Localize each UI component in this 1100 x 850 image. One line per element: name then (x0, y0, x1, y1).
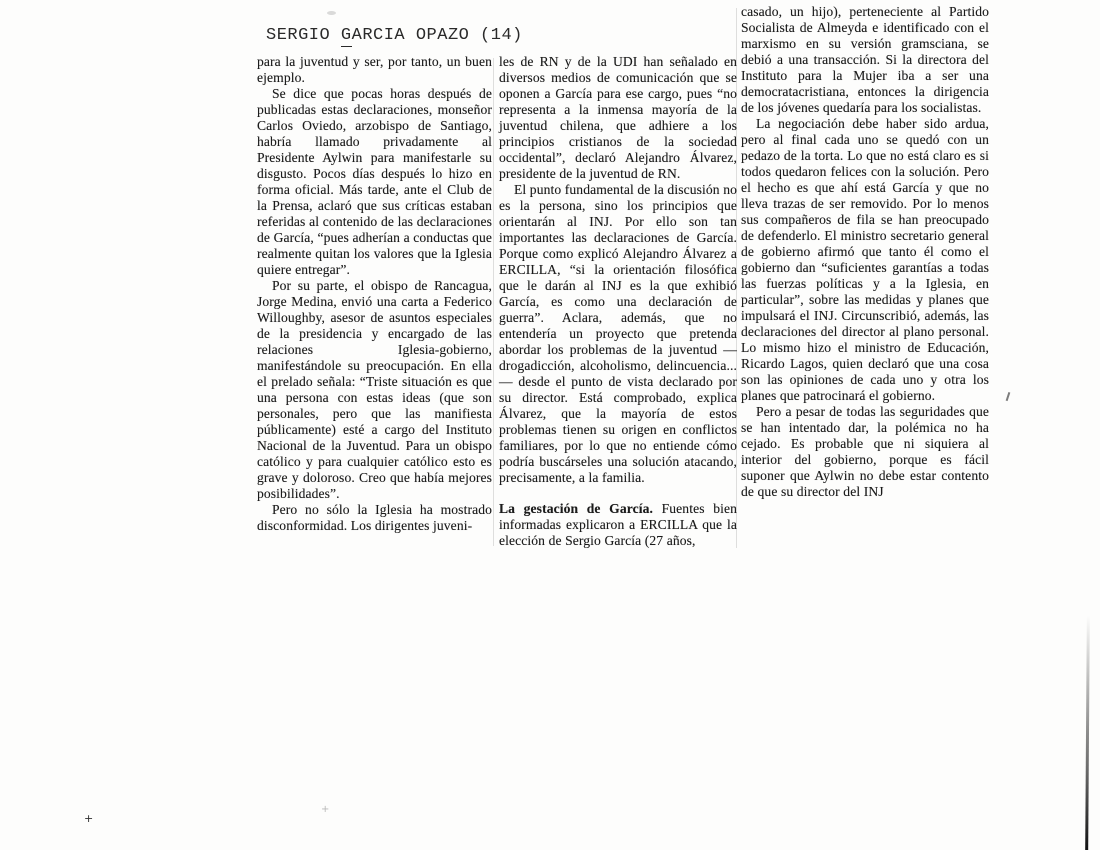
article-column-1: para la juventud y ser, por tanto, un bu… (257, 54, 492, 534)
scan-smudge (327, 11, 336, 15)
article-column-3: casado, un hijo), perteneciente al Parti… (741, 4, 989, 500)
article-title-pre: SERGIO (266, 26, 341, 45)
article-paragraph: El punto fundamental de la discusión no … (499, 182, 737, 486)
article-paragraph: Por su parte, el obispo de Rancagua, Jor… (257, 278, 492, 502)
scan-stray-mark (1006, 392, 1010, 401)
article-paragraph: La gestación de García. Fuentes bien inf… (499, 501, 737, 549)
article-paragraph: les de RN y de la UDI han señalado en di… (499, 54, 737, 182)
scanned-article-page: SERGIO GARCIA OPAZO (14) para la juventu… (0, 0, 1100, 850)
article-title-post: ARCIA OPAZO (14) (352, 26, 523, 45)
column-divider-rule (493, 58, 494, 546)
paragraph-lead-in: La gestación de García. (499, 501, 653, 516)
article-title-underlined-letter: G (341, 26, 352, 47)
column-divider-rule (736, 8, 737, 548)
article-column-2: les de RN y de la UDI han señalado en di… (499, 54, 737, 549)
article-paragraph: casado, un hijo), perteneciente al Parti… (741, 4, 989, 116)
article-paragraph: Pero a pesar de todas las seguridades qu… (741, 404, 989, 500)
article-paragraph: Pero no sólo la Iglesia ha mostrado disc… (257, 502, 492, 534)
registration-mark: + (84, 813, 93, 824)
article-paragraph: para la juventud y ser, por tanto, un bu… (257, 54, 492, 86)
article-title: SERGIO GARCIA OPAZO (14) (266, 26, 523, 45)
article-paragraph: La negociación debe haber sido ardua, pe… (741, 116, 989, 404)
scan-scratch-line (1085, 616, 1090, 850)
registration-mark: + (321, 805, 329, 815)
article-paragraph: Se dice que pocas horas después de publi… (257, 86, 492, 278)
